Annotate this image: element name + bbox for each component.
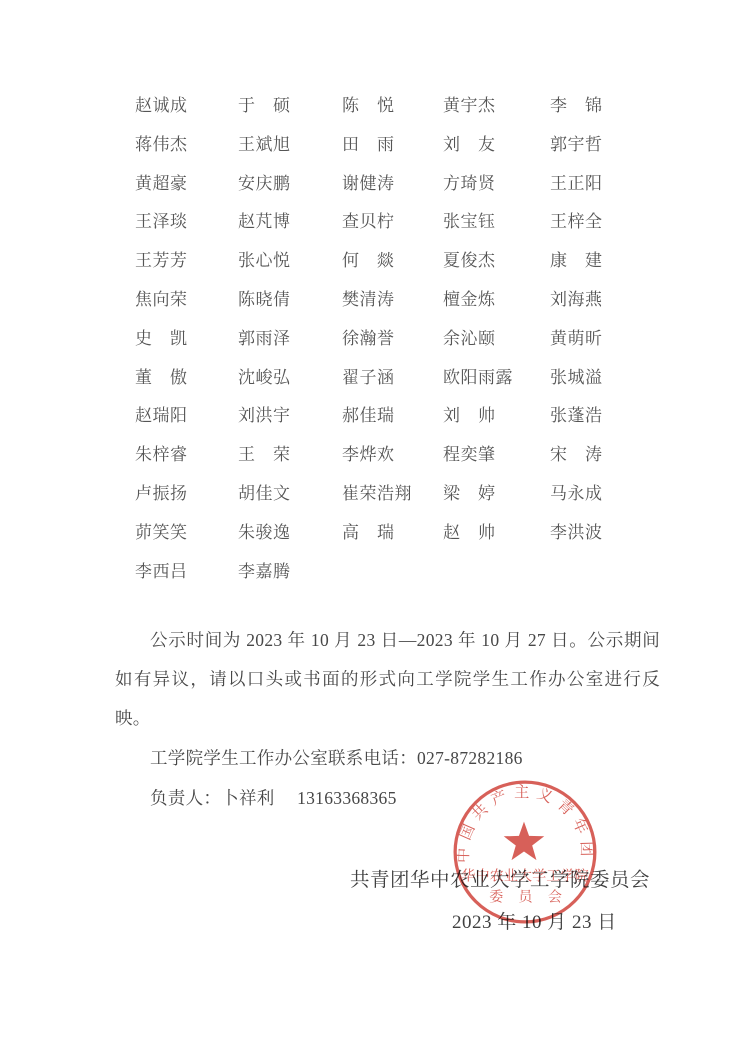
name-cell: 崔荣浩翔: [342, 483, 443, 522]
name-cell: 沈峻弘: [238, 367, 342, 406]
name-cell: 檀金炼: [443, 289, 550, 328]
name-cell: 樊清涛: [342, 289, 443, 328]
name-cell: 陈晓倩: [238, 289, 342, 328]
name-cell: 王正阳: [550, 173, 650, 212]
name-cell: 康 建: [550, 250, 650, 289]
name-cell: 王泽琰: [135, 211, 238, 250]
name-cell: 王芳芳: [135, 250, 238, 289]
name-cell: 赵诚成: [135, 95, 238, 134]
name-cell: 王斌旭: [238, 134, 342, 173]
name-cell: 郭宇哲: [550, 134, 650, 173]
name-cell: 郝佳瑞: [342, 405, 443, 444]
name-cell: 张宝钰: [443, 211, 550, 250]
name-cell: 王 荣: [238, 444, 342, 483]
name-cell: 胡佳文: [238, 483, 342, 522]
name-cell: 赵 帅: [443, 522, 550, 561]
name-cell: 翟子涵: [342, 367, 443, 406]
name-cell: 李洪波: [550, 522, 650, 561]
name-cell: 赵芃博: [238, 211, 342, 250]
name-cell: 郭雨泽: [238, 328, 342, 367]
name-cell: 方琦贤: [443, 173, 550, 212]
name-cell: 朱骏逸: [238, 522, 342, 561]
name-cell: 李 锦: [550, 95, 650, 134]
name-cell: 王梓全: [550, 211, 650, 250]
name-cell: 卢振扬: [135, 483, 238, 522]
name-cell: 刘洪宇: [238, 405, 342, 444]
name-cell: 张城溢: [550, 367, 650, 406]
name-cell: 夏俊杰: [443, 250, 550, 289]
name-cell: 于 硕: [238, 95, 342, 134]
signature-organization: 共青团华中农业大学工学院委员会: [350, 864, 650, 892]
name-cell: 李烨欢: [342, 444, 443, 483]
name-cell: 刘 友: [443, 134, 550, 173]
names-grid: 赵诚成于 硕陈 悦黄宇杰李 锦蒋伟杰王斌旭田 雨刘 友郭宇哲黄超豪安庆鹏谢健涛方…: [135, 95, 650, 599]
name-cell: 何 燚: [342, 250, 443, 289]
name-cell: 马永成: [550, 483, 650, 522]
notice-paragraph: 公示时间为 2023 年 10 月 23 日—2023 年 10 月 27 日。…: [115, 621, 660, 739]
name-cell: 刘 帅: [443, 405, 550, 444]
responsible-person-line: 负责人：卜祥利 13163368365: [115, 785, 660, 810]
name-cell: 田 雨: [342, 134, 443, 173]
name-cell: 张蓬浩: [550, 405, 650, 444]
name-cell: 蒋伟杰: [135, 134, 238, 173]
name-cell: 李西吕: [135, 561, 238, 600]
signature-date: 2023 年 10 月 23 日: [452, 907, 617, 934]
name-cell: 欧阳雨露: [443, 367, 550, 406]
seal-star-icon: [504, 822, 545, 860]
name-cell: 陈 悦: [342, 95, 443, 134]
name-cell: 茆笑笑: [135, 522, 238, 561]
name-cell: 赵瑞阳: [135, 405, 238, 444]
name-cell: 黄宇杰: [443, 95, 550, 134]
name-cell: 张心悦: [238, 250, 342, 289]
name-cell: 程奕肇: [443, 444, 550, 483]
contact-phone-line: 工学院学生工作办公室联系电话：027-87282186: [115, 745, 660, 770]
name-cell: 史 凯: [135, 328, 238, 367]
name-cell: 梁 婷: [443, 483, 550, 522]
name-cell: 朱梓睿: [135, 444, 238, 483]
name-cell: 黄超豪: [135, 173, 238, 212]
name-cell: 刘海燕: [550, 289, 650, 328]
name-cell: 黄萌昕: [550, 328, 650, 367]
name-cell: 高 瑞: [342, 522, 443, 561]
seal-committee-text: 委员会: [489, 890, 577, 906]
name-cell: 安庆鹏: [238, 173, 342, 212]
name-cell: 谢健涛: [342, 173, 443, 212]
name-cell: 查贝柠: [342, 211, 443, 250]
name-cell: 焦向荣: [135, 289, 238, 328]
name-cell: 李嘉腾: [238, 561, 342, 600]
name-cell: 余沁颐: [443, 328, 550, 367]
name-cell: 宋 涛: [550, 444, 650, 483]
name-cell: 董 傲: [135, 367, 238, 406]
name-cell: 徐瀚誉: [342, 328, 443, 367]
document-page: 赵诚成于 硕陈 悦黄宇杰李 锦蒋伟杰王斌旭田 雨刘 友郭宇哲黄超豪安庆鹏谢健涛方…: [0, 0, 750, 1061]
